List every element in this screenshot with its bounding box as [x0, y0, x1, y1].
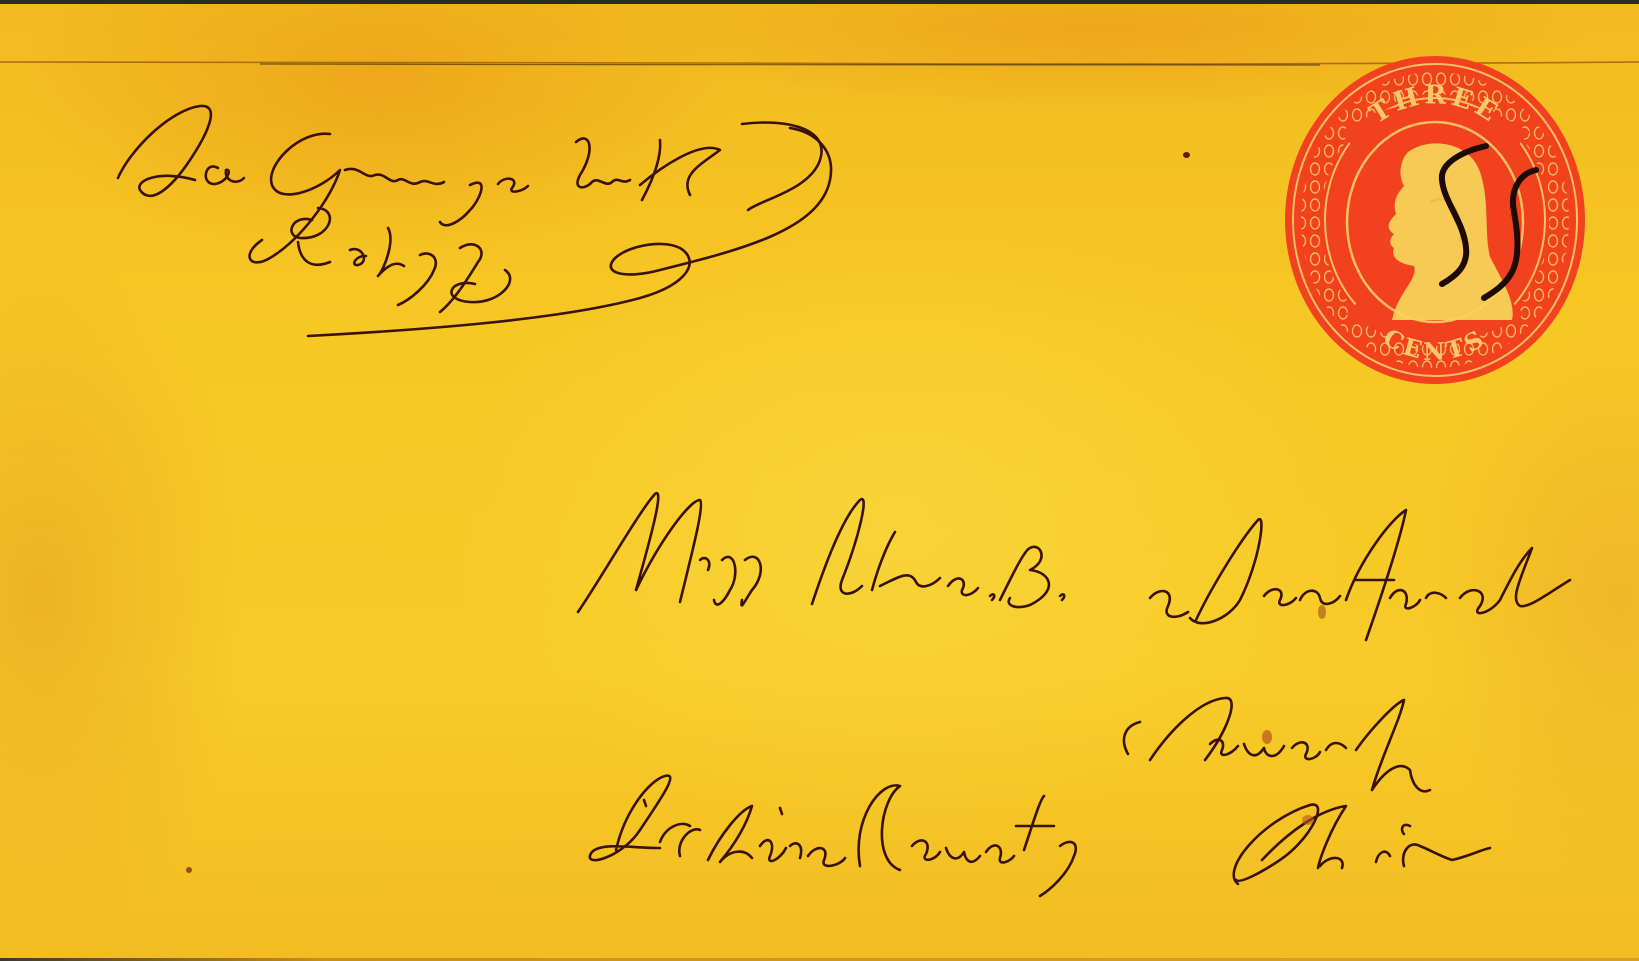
return-note-date: Feby 4: [280, 205, 470, 270]
recipient-name: Miss Clara B. Sanford: [570, 520, 1506, 618]
stain-speck: [1262, 730, 1272, 744]
envelope: THREE CENTS: [0, 0, 1639, 961]
stain-speck: [186, 867, 192, 873]
stain-speck: [1302, 815, 1314, 825]
return-note-place: La Grange Ark: [110, 120, 587, 194]
ink-speck: [1183, 152, 1190, 158]
recipient-city: Newark: [1120, 700, 1400, 782]
top-edge: [0, 0, 1639, 4]
three-cent-stamp: THREE CENTS: [1280, 52, 1590, 388]
stain-speck: [1318, 605, 1326, 619]
recipient-county-state: Licking County Ohio: [590, 790, 1401, 880]
